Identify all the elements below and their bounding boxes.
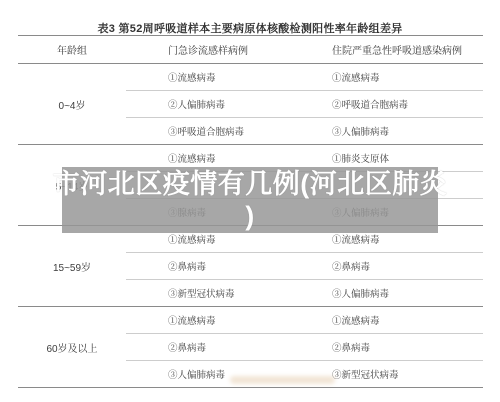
inpatient-pathogen: ①流感病毒 [300, 313, 483, 327]
age-group-label: 15~59岁 [18, 226, 126, 306]
overlay-text-line1: 市河北区疫情有几例(河北区肺炎 [53, 168, 448, 200]
pathogen-rank-row: ①流感病毒①流感病毒 [126, 307, 483, 333]
pathogen-rank-row: ②鼻病毒②鼻病毒 [126, 333, 483, 360]
table-header-row: 年龄组 门急诊流感样病例 住院严重急性呼吸道感染病例 [18, 36, 483, 64]
inpatient-pathogen: ②呼吸道合胞病毒 [300, 97, 483, 111]
outpatient-pathogen: ②鼻病毒 [126, 340, 300, 354]
faded-watermark [230, 376, 335, 384]
pathogen-rank-row: ②人偏肺病毒②呼吸道合胞病毒 [126, 90, 483, 117]
pathogen-rank-row: ②鼻病毒②鼻病毒 [126, 252, 483, 279]
pathogen-rank-rows: ①流感病毒①流感病毒②人偏肺病毒②呼吸道合胞病毒③呼吸道合胞病毒③人偏肺病毒 [126, 64, 483, 144]
outpatient-pathogen: ③呼吸道合胞病毒 [126, 124, 300, 138]
age-group-row: 0~4岁①流感病毒①流感病毒②人偏肺病毒②呼吸道合胞病毒③呼吸道合胞病毒③人偏肺… [18, 64, 483, 145]
header-inpatient-sari: 住院严重急性呼吸道感染病例 [300, 42, 483, 57]
pathogen-rank-rows: ①流感病毒①流感病毒②鼻病毒②鼻病毒③人偏肺病毒③新型冠状病毒 [126, 307, 483, 387]
table-title: 表3 第52周呼吸道样本主要病原体核酸检测阳性率年龄组差异 [0, 20, 500, 36]
inpatient-pathogen: ①肺炎支原体 [300, 151, 483, 165]
outpatient-pathogen: ②鼻病毒 [126, 259, 300, 273]
outpatient-pathogen: ①流感病毒 [126, 232, 300, 246]
pathogen-rank-row: ③呼吸道合胞病毒③人偏肺病毒 [126, 117, 483, 144]
inpatient-pathogen: ①流感病毒 [300, 70, 483, 84]
inpatient-pathogen: ③人偏肺病毒 [300, 286, 483, 300]
outpatient-pathogen: ①流感病毒 [126, 313, 300, 327]
outpatient-pathogen: ①流感病毒 [126, 70, 300, 84]
inpatient-pathogen: ②鼻病毒 [300, 259, 483, 273]
inpatient-pathogen: ②鼻病毒 [300, 340, 483, 354]
outpatient-pathogen: ②人偏肺病毒 [126, 97, 300, 111]
pathogen-rank-row: ①流感病毒①流感病毒 [126, 64, 483, 90]
inpatient-pathogen: ①流感病毒 [300, 232, 483, 246]
outpatient-pathogen: ①流感病毒 [126, 151, 300, 165]
pathogen-rank-row: ③新型冠状病毒③人偏肺病毒 [126, 279, 483, 306]
overlay-text-line2: ) [245, 200, 255, 232]
age-group-label: 0~4岁 [18, 64, 126, 144]
header-age-group: 年龄组 [18, 42, 126, 57]
age-group-label: 60岁及以上 [18, 307, 126, 387]
header-outpatient-ili: 门急诊流感样病例 [126, 42, 300, 57]
pathogen-rank-rows: ①流感病毒①流感病毒②鼻病毒②鼻病毒③新型冠状病毒③人偏肺病毒 [126, 226, 483, 306]
page: 表3 第52周呼吸道样本主要病原体核酸检测阳性率年龄组差异 年龄组 门急诊流感样… [0, 0, 500, 402]
outpatient-pathogen: ③新型冠状病毒 [126, 286, 300, 300]
age-group-row: 15~59岁①流感病毒①流感病毒②鼻病毒②鼻病毒③新型冠状病毒③人偏肺病毒 [18, 226, 483, 307]
overlay-banner: 市河北区疫情有几例(河北区肺炎 ) [62, 167, 438, 233]
inpatient-pathogen: ③人偏肺病毒 [300, 124, 483, 138]
